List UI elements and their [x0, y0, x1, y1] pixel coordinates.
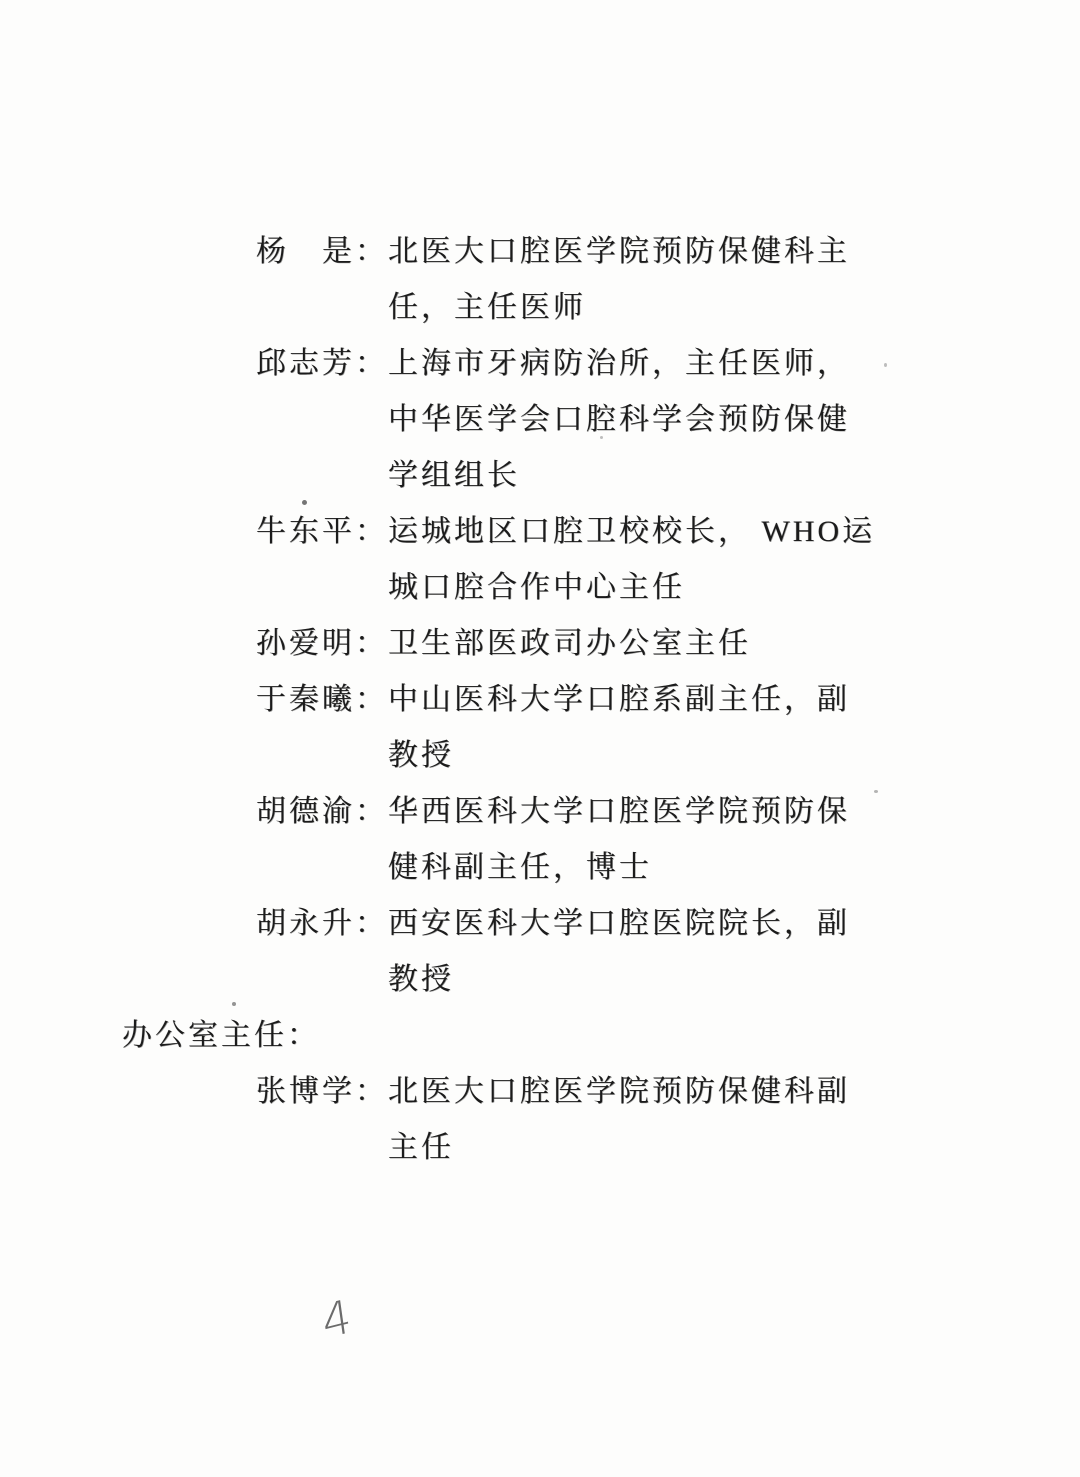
member-entry: 胡德渝：华西医科大学口腔医学院预防保 健科副主任，博士: [256, 784, 1080, 896]
office-director-heading: 办公室主任：: [122, 1008, 1080, 1064]
scan-speck: [232, 1002, 236, 1006]
member-line: 中华医学会口腔科学会预防保健: [256, 392, 1080, 448]
handwritten-page-number: 4: [319, 1289, 355, 1350]
member-role-text: 学组组长: [388, 459, 520, 492]
member-line: 胡永升：西安医科大学口腔医院院长，副: [256, 896, 1080, 952]
member-entry: 于秦曦：中山医科大学口腔系副主任，副 教授: [256, 672, 1080, 784]
member-line: 牛东平：运城地区口腔卫校校长， WHO运: [256, 504, 1080, 560]
member-entry: 牛东平：运城地区口腔卫校校长， WHO运 城口腔合作中心主任: [256, 504, 1080, 616]
scan-speck: [302, 500, 307, 505]
member-line: 主任: [256, 1120, 1080, 1176]
colon-separator: ：: [355, 896, 388, 952]
colon-separator: ：: [355, 784, 388, 840]
member-role-text: 教授: [388, 739, 454, 772]
member-line: 张博学：北医大口腔医学院预防保健科副: [256, 1064, 1080, 1120]
colon-separator: ：: [355, 336, 388, 392]
member-role-text: 北医大口腔医学院预防保健科主: [388, 235, 850, 268]
member-line: 任，主任医师: [256, 280, 1080, 336]
member-name: 胡德渝: [256, 784, 355, 840]
member-line: 于秦曦：中山医科大学口腔系副主任，副: [256, 672, 1080, 728]
member-line: 杨 是：北医大口腔医学院预防保健科主: [256, 224, 1080, 280]
member-name: 于秦曦: [256, 672, 355, 728]
member-entry: 张博学：北医大口腔医学院预防保健科副 主任: [256, 1064, 1080, 1176]
member-entry: 邱志芳：上海市牙病防治所，主任医师， 中华医学会口腔科学会预防保健 学组组长: [256, 336, 1080, 504]
member-role-text: 任，主任医师: [388, 291, 586, 324]
scan-speck: [600, 436, 603, 439]
member-role-text: 中华医学会口腔科学会预防保健: [388, 403, 850, 436]
member-role-text: 西安医科大学口腔医院院长，副: [388, 907, 850, 940]
scan-speck: [884, 363, 887, 367]
member-role-text: 主任: [388, 1131, 454, 1164]
member-role-text: 教授: [388, 963, 454, 996]
member-role-text: 卫生部医政司办公室主任: [388, 627, 751, 660]
member-line: 孙爱明：卫生部医政司办公室主任: [256, 616, 1080, 672]
colon-separator: ：: [355, 224, 388, 280]
member-name: 张博学: [256, 1064, 355, 1120]
member-role-text: 运城地区口腔卫校校长， WHO运: [388, 515, 875, 548]
member-role-text: 中山医科大学口腔系副主任，副: [388, 683, 850, 716]
member-entry: 孙爱明：卫生部医政司办公室主任: [256, 616, 1080, 672]
office-members-block: 张博学：北医大口腔医学院预防保健科副 主任: [256, 1064, 1080, 1176]
member-entry: 胡永升：西安医科大学口腔医院院长，副 教授: [256, 896, 1080, 1008]
member-line: 教授: [256, 952, 1080, 1008]
member-name: 杨 是: [256, 224, 355, 280]
member-line: 健科副主任，博士: [256, 840, 1080, 896]
members-block: 杨 是：北医大口腔医学院预防保健科主 任，主任医师 邱志芳：上海市牙病防治所，主…: [256, 224, 1080, 1008]
member-role-text: 北医大口腔医学院预防保健科副: [388, 1075, 850, 1108]
member-line: 邱志芳：上海市牙病防治所，主任医师，: [256, 336, 1080, 392]
member-name: 邱志芳: [256, 336, 355, 392]
scan-speck: [874, 790, 878, 793]
member-entry: 杨 是：北医大口腔医学院预防保健科主 任，主任医师: [256, 224, 1080, 336]
colon-separator: ：: [355, 504, 388, 560]
member-line: 教授: [256, 728, 1080, 784]
member-list: 杨 是：北医大口腔医学院预防保健科主 任，主任医师 邱志芳：上海市牙病防治所，主…: [0, 224, 1080, 1176]
member-line: 胡德渝：华西医科大学口腔医学院预防保: [256, 784, 1080, 840]
member-line: 城口腔合作中心主任: [256, 560, 1080, 616]
member-role-text: 上海市牙病防治所，主任医师，: [388, 347, 850, 380]
member-role-text: 华西医科大学口腔医学院预防保: [388, 795, 850, 828]
member-name: 胡永升: [256, 896, 355, 952]
colon-separator: ：: [355, 1064, 388, 1120]
colon-separator: ：: [355, 616, 388, 672]
member-role-text: 健科副主任，博士: [388, 851, 652, 884]
member-name: 孙爱明: [256, 616, 355, 672]
colon-separator: ：: [355, 672, 388, 728]
member-line: 学组组长: [256, 448, 1080, 504]
member-role-text: 城口腔合作中心主任: [388, 571, 685, 604]
scanned-page: 杨 是：北医大口腔医学院预防保健科主 任，主任医师 邱志芳：上海市牙病防治所，主…: [0, 0, 1080, 1477]
member-name: 牛东平: [256, 504, 355, 560]
